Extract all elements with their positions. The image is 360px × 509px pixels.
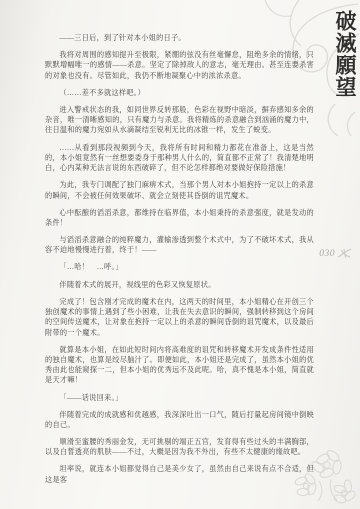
paragraph: 伴随着完成的成就感和优越感，我深深吐出一口气，随后打量起房间镜中倒映的自己。 — [45, 410, 314, 431]
paragraph: 心中酝酿的滔滔杀意，都维持在临界值，本小姐秉持的杀意强度，就是发动的条件！ — [45, 208, 314, 229]
paragraph: ……从看到那段视频到今天，我将所有时间和精力都花在准备上，这是当然的，本小姐竟然… — [45, 143, 314, 174]
paragraph: 我将对周围的感知提升至极限，紧绷的弦没有丝毫懈怠，阻绝多余的情绪，只默默增幅唯一… — [45, 50, 314, 81]
paragraph: 就算是本小姐，在如此短时间内将高难度的诅咒和转移魔术开发成条件性适用的独自魔术，… — [45, 345, 314, 386]
paragraph: 「——话说回来。」 — [45, 393, 314, 403]
paragraph: 完成了！包含刚才完成的魔术在内，这两天的时间里，本小姐精心在开创三个独创魔术的事… — [45, 297, 314, 338]
paragraph: ——三日后，到了针对本小姐的日子。 — [45, 33, 314, 43]
book-page: 破滅願望 030 ——三日后，到了针对本小姐的日子。 我将对周围的感知提升至极限… — [0, 0, 360, 509]
paragraph: 为此，我专门调配了独门麻痹术式，当那个男人对本小姐抱持一定以上的杀意的瞬间，不会… — [45, 180, 314, 201]
novel-text-column: ——三日后，到了针对本小姐的日子。 我将对周围的感知提升至极限，紧绷的弦没有丝毫… — [45, 33, 314, 492]
leaf-flourish-icon — [337, 246, 352, 264]
paragraph: 进入警戒状态的我，如同世界反转那般，色彩在视野中暗淡，摒弃感知多余的杂音，唯一清… — [45, 105, 314, 136]
page-number-block: 030 — [319, 246, 352, 264]
paragraph: 坦率说，就连本小姐都觉得自己是美少女了，虽然由自己来说有点不合适，但这是客 — [45, 464, 314, 485]
paragraph: 顺滑至蜜腰的秀丽金发，无可挑剔的端正五官，发育得有些过头的丰满胸部，以及白皙透亮… — [45, 437, 314, 458]
page-number: 030 — [319, 250, 335, 260]
paragraph: 与滔滔杀意融合的纯粹魔力，灌输渗透到整个术式中，为了不破坏术式，我从容不迫地慢慢… — [45, 235, 314, 256]
paragraph: （……差不多就这样吧。） — [45, 88, 314, 98]
paragraph: 「…哈！ …呼。」 — [45, 262, 314, 272]
book-title-vertical: 破滅願望 — [334, 10, 355, 98]
paragraph: 伴随着术式的展开，视线里的色彩又恢复原状。 — [45, 280, 314, 290]
